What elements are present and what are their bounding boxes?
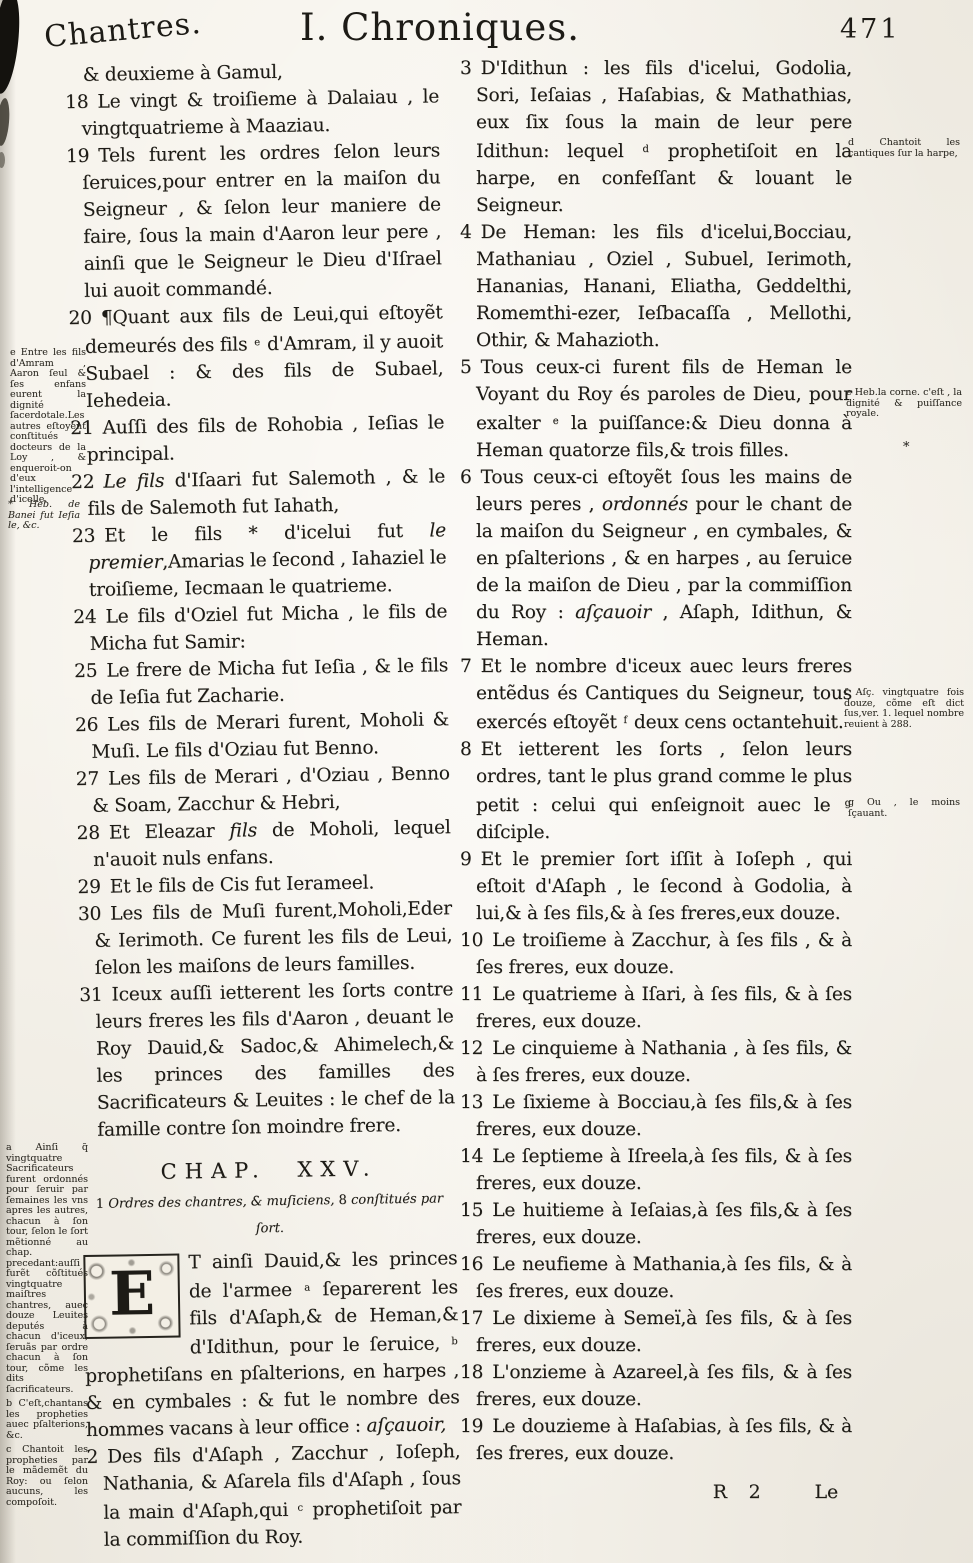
verse-text: Et le premier ſort iſſit à Ioſeph , qui … xyxy=(476,849,852,924)
verse-text: Les fils de Muſi furent,Moholi,Eder & Ie… xyxy=(94,898,452,979)
verse: 27Les fils de Merari , d'Oziau , Benno &… xyxy=(76,760,451,820)
verse: 18Le vingt & troiſieme à Dalaiau , le vi… xyxy=(65,83,440,143)
verse-text: Le fils xyxy=(103,471,164,493)
verse-text: aſçauoir xyxy=(575,602,651,623)
margin-note-d: d Chantoit les cantiques ſur la harpe, xyxy=(848,138,960,159)
footnote-ref: c xyxy=(297,1503,303,1514)
text-column-right: 3D'Idithun : les fils d'icelui, Godolia,… xyxy=(460,55,852,1506)
verse-number: 29 xyxy=(77,877,101,898)
signature-mark: R 2 xyxy=(713,1479,761,1506)
verse-number: 31 xyxy=(79,985,103,1006)
verse-text: Et ietterent les ſorts , ſelon leurs ord… xyxy=(476,739,852,816)
verse: 20¶Quant aux fils de Leui,qui eſtoyẽt de… xyxy=(68,299,444,415)
verse-text: Le fils d'Oziel fut Micha , le fils de M… xyxy=(90,601,448,655)
verse-text: deux cens octantehuit. xyxy=(628,712,843,733)
verse: 7Et le nombre d'iceux auec leurs freres … xyxy=(460,653,852,736)
footnote-ref: e xyxy=(553,416,559,427)
footnote-ref: d xyxy=(643,144,649,155)
verse-number: 26 xyxy=(75,715,99,736)
verse-number: 13 xyxy=(460,1092,483,1113)
verse-text: Auſſi des fils de Rohobia , Ieſias le pr… xyxy=(87,412,445,466)
margin-note-b: b C'eſt,chantans les propheties auec pſa… xyxy=(6,1399,88,1441)
verse: 3D'Idithun : les fils d'icelui, Godolia,… xyxy=(460,55,852,219)
verse: 24Le fils d'Oziel fut Micha , le fils de… xyxy=(73,598,448,658)
verse-text: Tels furent les ordres ſelon leurs ſerui… xyxy=(82,140,442,302)
verse-number: 27 xyxy=(76,769,100,790)
verse: 21Auſſi des fils de Rohobia , Ieſias le … xyxy=(70,409,445,469)
margin-note-c: c Chantoit les propheties par le mãdemẽt… xyxy=(6,1445,88,1508)
verse-number: 25 xyxy=(74,661,98,682)
verse: 31Iceux auſſi ietterent les ſorts contre… xyxy=(79,976,455,1144)
text-column-left: & deuxieme à Gamul,18Le vingt & troiſiem… xyxy=(65,56,462,1554)
verse-number: 10 xyxy=(460,930,483,951)
verse-number: 11 xyxy=(460,984,483,1005)
verse: 12Le cinquieme à Nathania , à ſes fils, … xyxy=(460,1035,852,1089)
margin-note-a: a Ainſi q̃ vingtquatre Sacrificateurs fu… xyxy=(6,1143,88,1395)
verse-number: 30 xyxy=(78,904,102,925)
verse-text: Et le fils * d'icelui fut xyxy=(104,521,429,547)
verse: 15Le huitieme à Ieſaias,à ſes fils,& à ſ… xyxy=(460,1197,852,1251)
verse: 25Le frere de Micha fut Ieſia , & le fil… xyxy=(74,652,449,712)
verse-text: Ordres des chantres, & muſiciens, xyxy=(108,1193,334,1212)
verses-right: 3D'Idithun : les fils d'icelui, Godolia,… xyxy=(460,55,852,1467)
verse-text: Le quatrieme à Iſari, à ſes fils, & à ſe… xyxy=(476,984,852,1032)
verse-number: 18 xyxy=(65,92,89,113)
verse-text: ordonnés xyxy=(602,494,688,515)
verse-text: L'onzieme à Azareel,à ſes fils, & à ſes … xyxy=(476,1362,852,1410)
verse: 5Tous ceux-ci furent fils de Heman le Vo… xyxy=(460,354,852,464)
verse: 11Le quatrieme à Iſari, à ſes fils, & à … xyxy=(460,981,852,1035)
verse: 10Le troiſieme à Zacchur, à ſes fils , &… xyxy=(460,927,852,981)
verse-text: Les fils de Merari , d'Oziau , Benno & S… xyxy=(92,763,450,817)
verse-number: 14 xyxy=(460,1146,483,1167)
page-number: 471 xyxy=(840,14,901,45)
verse-text: Le huitieme à Ieſaias,à ſes fils,& à ſes… xyxy=(476,1200,852,1248)
verse-text: Les fils de Merari furent, Moholi & Muſi… xyxy=(91,709,449,763)
verse-number: 3 xyxy=(460,58,472,79)
verse-number: 20 xyxy=(68,308,92,329)
verses-chapter24: & deuxieme à Gamul,18Le vingt & troiſiem… xyxy=(65,56,456,1144)
verse-text: Le cinquieme à Nathania , à ſes fils, & … xyxy=(476,1038,852,1086)
verse-number: 15 xyxy=(460,1200,483,1221)
verse-text: diſciple. xyxy=(476,822,550,843)
verse-number: 17 xyxy=(460,1308,483,1329)
verse: 4De Heman: les fils d'icelui,Bocciau, Ma… xyxy=(460,219,852,354)
chapter-argument: 1 Ordres des chantres, & muſiciens, 8 co… xyxy=(82,1185,457,1245)
verse-text: & deuxieme à Gamul, xyxy=(83,62,283,86)
verse-text: Iceux auſſi ietterent les ſorts contre l… xyxy=(95,979,455,1141)
margin-notes-abc: a Ainſi q̃ vingtquatre Sacrificateurs fu… xyxy=(6,1143,88,1512)
verse-text: 8 xyxy=(334,1193,351,1208)
verse-text: Et Eleazar xyxy=(109,821,230,844)
verse: 19Le douzieme à Haſabias, à ſes fils, & … xyxy=(460,1413,852,1467)
margin-note-g: g Ou , le moins ſçauant. xyxy=(848,798,960,819)
running-head-book-title: I. Chroniques. xyxy=(270,6,610,49)
verse: 14Le ſeptieme à Iſreela,à ſes fils, & à … xyxy=(460,1143,852,1197)
verse: 23Et le fils * d'icelui fut le premier,A… xyxy=(72,517,447,604)
margin-note-hebrew: * Heb. de Banei fut Ieſia le, &c. xyxy=(8,500,80,532)
drop-cap-initial: E xyxy=(83,1254,180,1339)
verse-number: 18 xyxy=(460,1362,483,1383)
footnote-ref: b xyxy=(451,1336,458,1347)
footnote-ref: e xyxy=(254,337,260,348)
verse: ET ainſi Dauid,& les princes de l'armee … xyxy=(83,1245,460,1444)
verse: 28Et Eleazar fils de Moholi, lequel n'au… xyxy=(76,814,451,874)
book-page: Chantres. I. Chroniques. 471 & deuxieme … xyxy=(0,0,973,1563)
verse-text: Le ſixieme à Bocciau,à ſes fils,& à ſes … xyxy=(476,1092,852,1140)
verse-number: 16 xyxy=(460,1254,483,1275)
verse-text: Et le fils de Cis fut Ierameel. xyxy=(110,872,375,897)
verse-number: 6 xyxy=(460,467,472,488)
verse: 22Le fils d'Iſaari fut Salemoth , & le f… xyxy=(71,463,446,523)
verse-number: 19 xyxy=(66,146,90,167)
verse: 17Le dixieme à Semeï,à ſes fils, & à ſes… xyxy=(460,1305,852,1359)
verse-number: 19 xyxy=(460,1416,483,1437)
verse-number: 28 xyxy=(77,823,101,844)
verse-text: Le vingt & troiſieme à Dalaiau , le ving… xyxy=(81,86,439,140)
verse-number: 5 xyxy=(460,357,472,378)
verse: 16Le neufieme à Mathania,à ſes fils, & à… xyxy=(460,1251,852,1305)
verse-text: fils xyxy=(229,820,257,841)
verse: 26Les fils de Merari furent, Moholi & Mu… xyxy=(75,706,450,766)
margin-note-e-amram: e Entre les fils d'Amram , Aaron ſeul & … xyxy=(10,348,86,506)
verse: 18L'onzieme à Azareel,à ſes fils, & à ſe… xyxy=(460,1359,852,1413)
catchword: Le xyxy=(815,1479,838,1506)
running-head-section: Chantres. xyxy=(43,6,203,55)
verse: 6Tous ceux-ci eſtoyẽt ſous les mains de … xyxy=(460,464,852,653)
verse-number: 2 xyxy=(86,1447,98,1468)
signature-line: R 2 Le xyxy=(460,1479,852,1506)
verse: 2Des fils d'Aſaph , Zacchur , Ioſeph, Na… xyxy=(86,1438,462,1554)
verses-chapter25: ET ainſi Dauid,& les princes de l'armee … xyxy=(83,1245,462,1554)
margin-note-f: f Aſç. vingtquatre fois douze, cõme eſt … xyxy=(844,688,964,730)
verse-number: 9 xyxy=(460,849,472,870)
verse-text: Le ſeptieme à Iſreela,à ſes fils, & à ſe… xyxy=(476,1146,852,1194)
verse-text: De Heman: les fils d'icelui,Bocciau, Mat… xyxy=(476,222,852,351)
margin-asterisk: * xyxy=(903,440,910,455)
verse-number: 24 xyxy=(73,607,97,628)
verse-text: Le douzieme à Haſabias, à ſes fils, & à … xyxy=(476,1416,852,1464)
margin-note-e-corne: e Heb.la corne. c'eſt , la dignité & pui… xyxy=(846,388,962,420)
verse-number: 4 xyxy=(460,222,472,243)
verse-text: Le neufieme à Mathania,à ſes fils, & à ſ… xyxy=(476,1254,852,1302)
verse: 13Le ſixieme à Bocciau,à ſes fils,& à ſe… xyxy=(460,1089,852,1143)
verse-text: Le dixieme à Semeï,à ſes fils, & à ſes f… xyxy=(476,1308,852,1356)
verse-text: Le frere de Micha fut Ieſia , & le fils … xyxy=(90,655,448,709)
verse-number: 7 xyxy=(460,656,472,677)
verse: 19Tels furent les ordres ſelon leurs ſer… xyxy=(66,137,442,305)
verse-number: 8 xyxy=(460,739,472,760)
verse-number: 12 xyxy=(460,1038,483,1059)
verse: 9Et le premier ſort iſſit à Ioſeph , qui… xyxy=(460,846,852,927)
verse-text: aſçauoir, xyxy=(366,1414,446,1436)
chapter-heading: CHAP. XXV. xyxy=(82,1154,456,1187)
verse-text: 1 xyxy=(96,1197,109,1212)
verse: 8Et ietterent les ſorts , ſelon leurs or… xyxy=(460,736,852,846)
verse-text: Le troiſieme à Zacchur, à ſes fils , & à… xyxy=(476,930,852,978)
footnote-ref: f xyxy=(624,715,628,726)
verse: 30Les fils de Muſi furent,Moholi,Eder & … xyxy=(78,895,453,982)
footnote-ref: a xyxy=(304,1282,310,1293)
